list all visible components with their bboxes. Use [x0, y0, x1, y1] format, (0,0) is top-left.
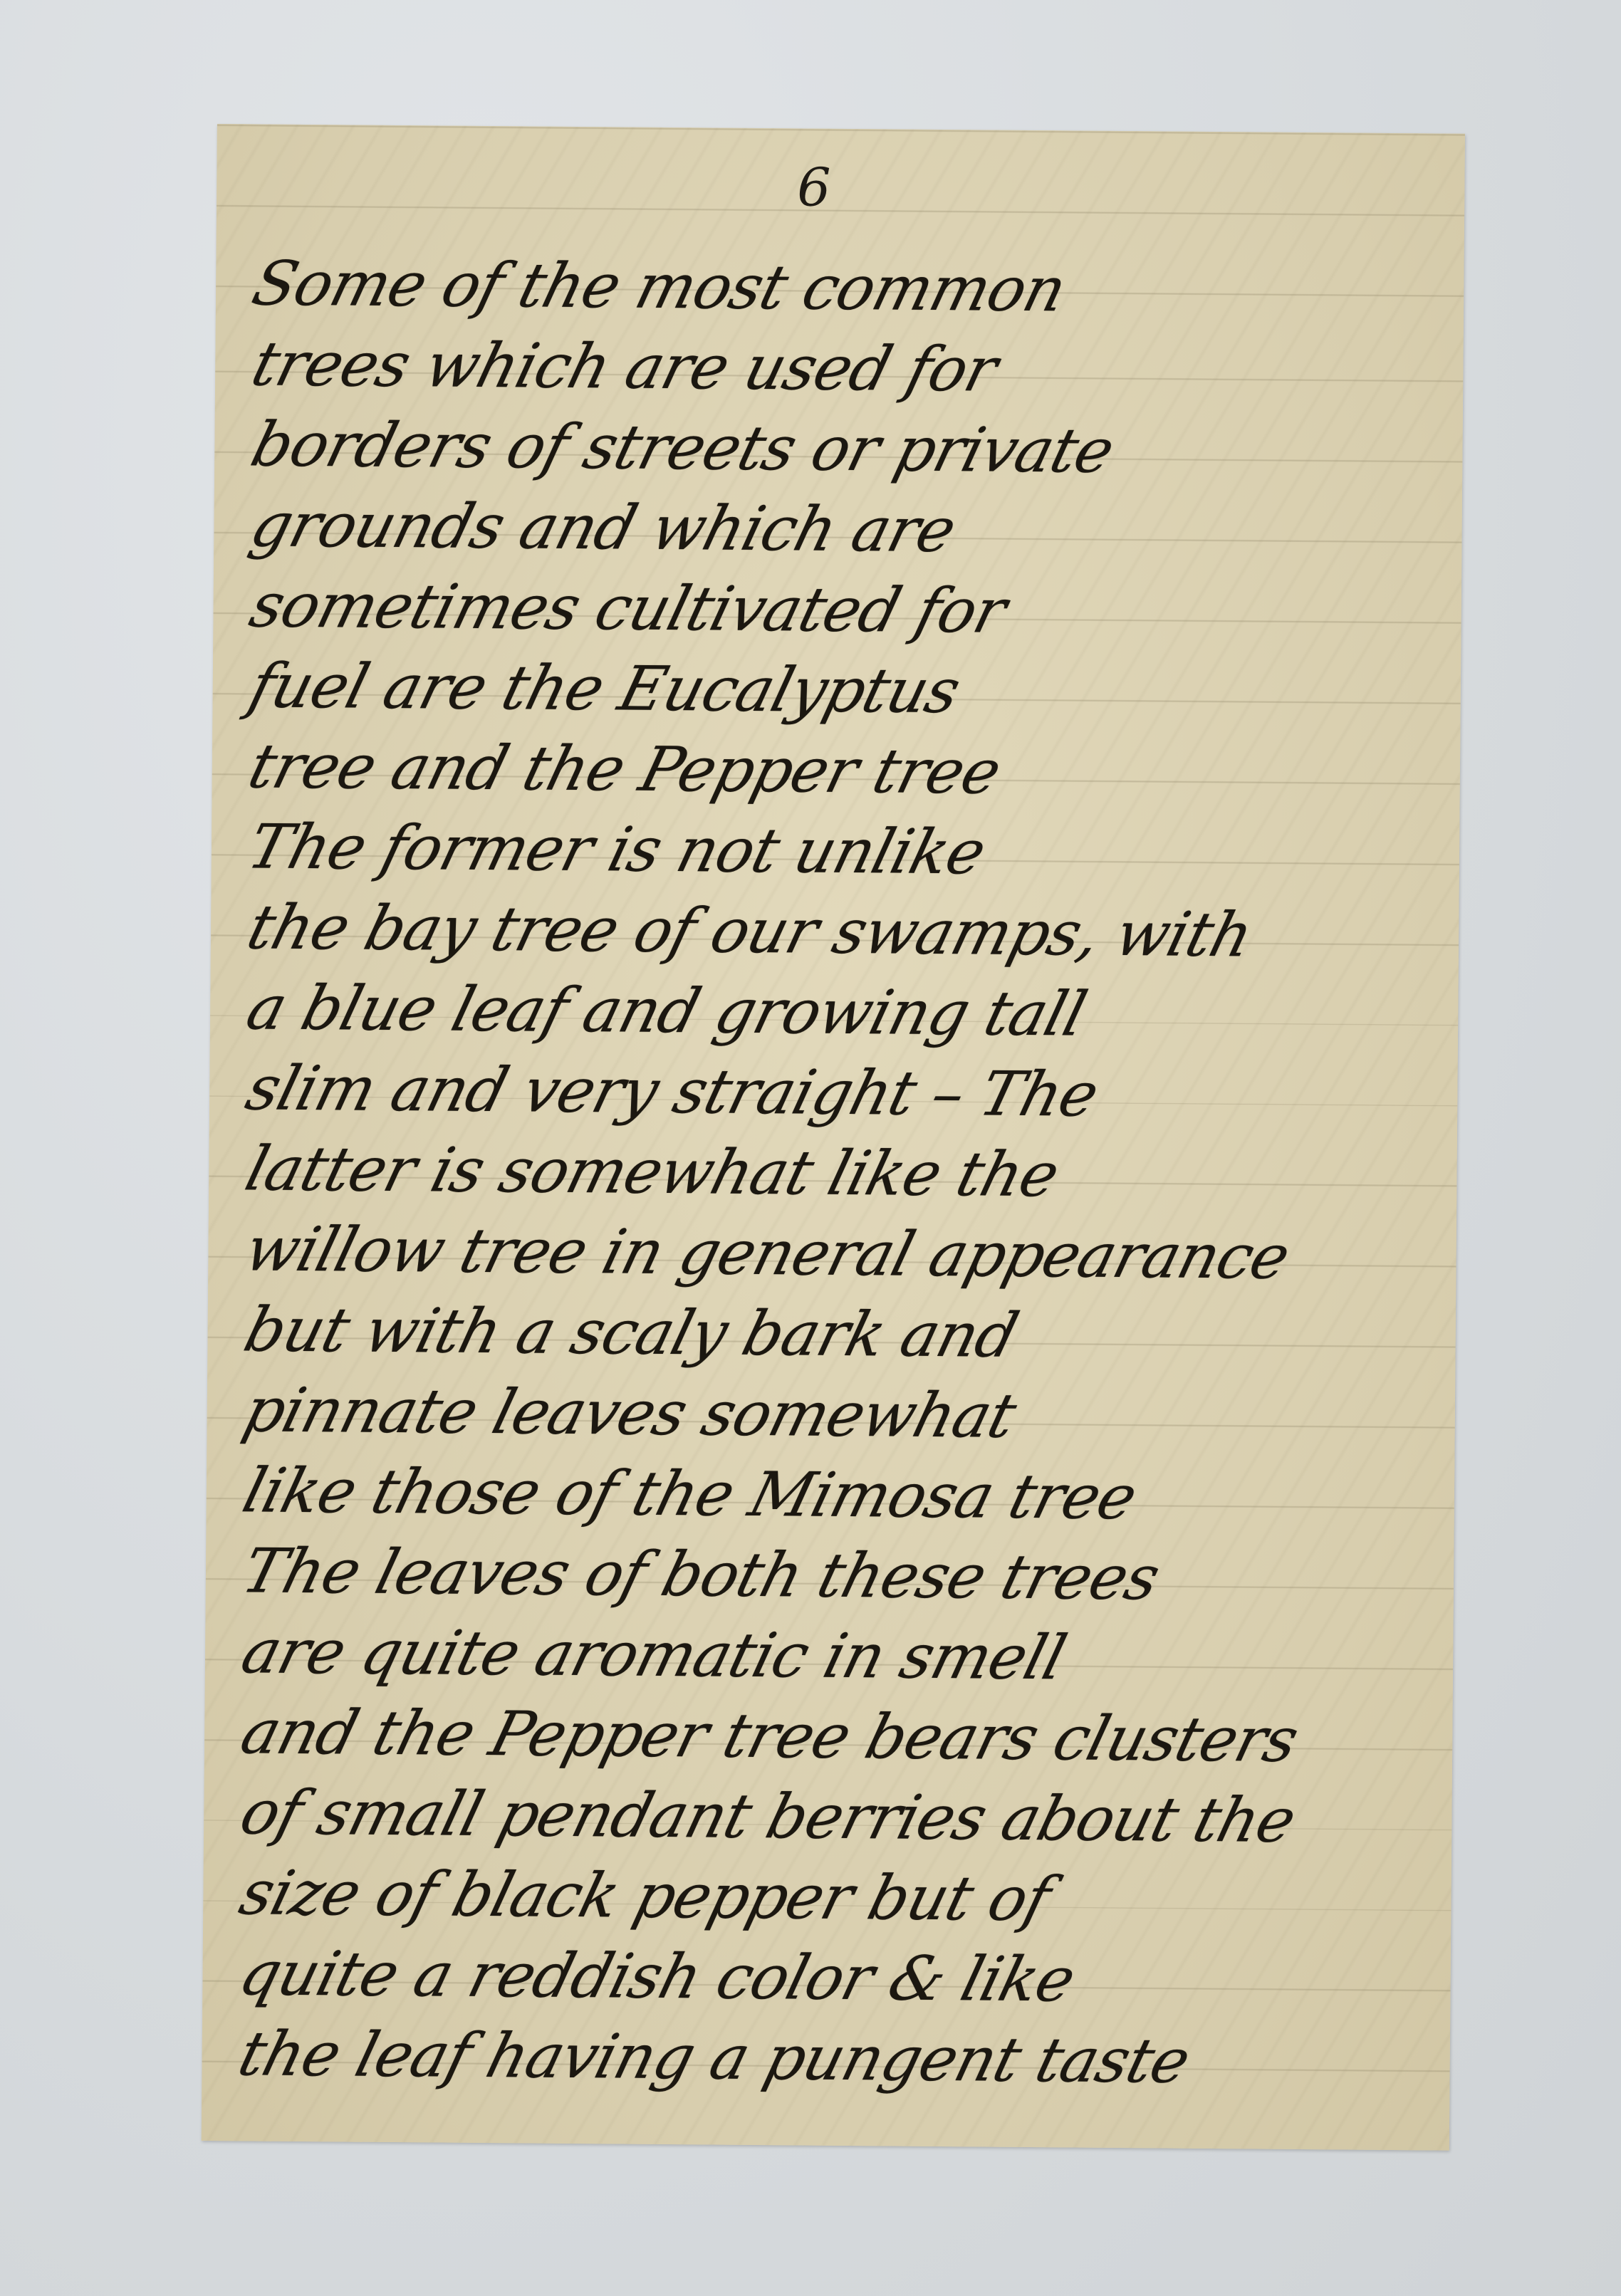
- text-line: tree and the Pepper tree: [240, 727, 1464, 817]
- text-line: slim and very straight – The: [238, 1048, 1462, 1138]
- text-line: latter is somewhat like the: [237, 1129, 1461, 1219]
- text-line: size of black pepper but of: [231, 1853, 1456, 1943]
- text-line: are quite aromatic in smell: [234, 1612, 1458, 1701]
- manuscript-page: 6 Some of the most common trees which ar…: [202, 124, 1465, 2151]
- text-line: sometimes cultivated for: [241, 566, 1466, 656]
- text-line: trees which are used for: [244, 325, 1468, 414]
- text-line: The leaves of both these trees: [234, 1531, 1459, 1621]
- text-line: the bay tree of our swamps, with: [239, 888, 1464, 978]
- handwritten-text-body: Some of the most common trees which are …: [230, 244, 1448, 2104]
- page-number: 6: [797, 157, 831, 218]
- text-line: borders of streets or private: [243, 405, 1467, 495]
- text-line: quite a reddish color & like: [231, 1934, 1455, 2023]
- text-line: willow tree in general appearance: [236, 1209, 1461, 1299]
- text-line: a blue leaf and growing tall: [239, 968, 1463, 1058]
- text-line: the leaf having a pungent taste: [230, 2014, 1454, 2104]
- text-line: but with a scaly bark and: [236, 1290, 1460, 1379]
- text-line: like those of the Mimosa tree: [234, 1451, 1459, 1540]
- text-line: fuel are the Eucalyptus: [241, 647, 1465, 736]
- text-line: Some of the most common: [244, 244, 1469, 334]
- text-line: grounds and which are: [242, 486, 1466, 575]
- text-line: pinnate leaves somewhat: [235, 1370, 1459, 1460]
- text-line: The former is not unlike: [240, 808, 1464, 897]
- text-line: and the Pepper tree bears clusters: [233, 1692, 1457, 1782]
- text-line: of small pendant berries about the: [232, 1773, 1456, 1862]
